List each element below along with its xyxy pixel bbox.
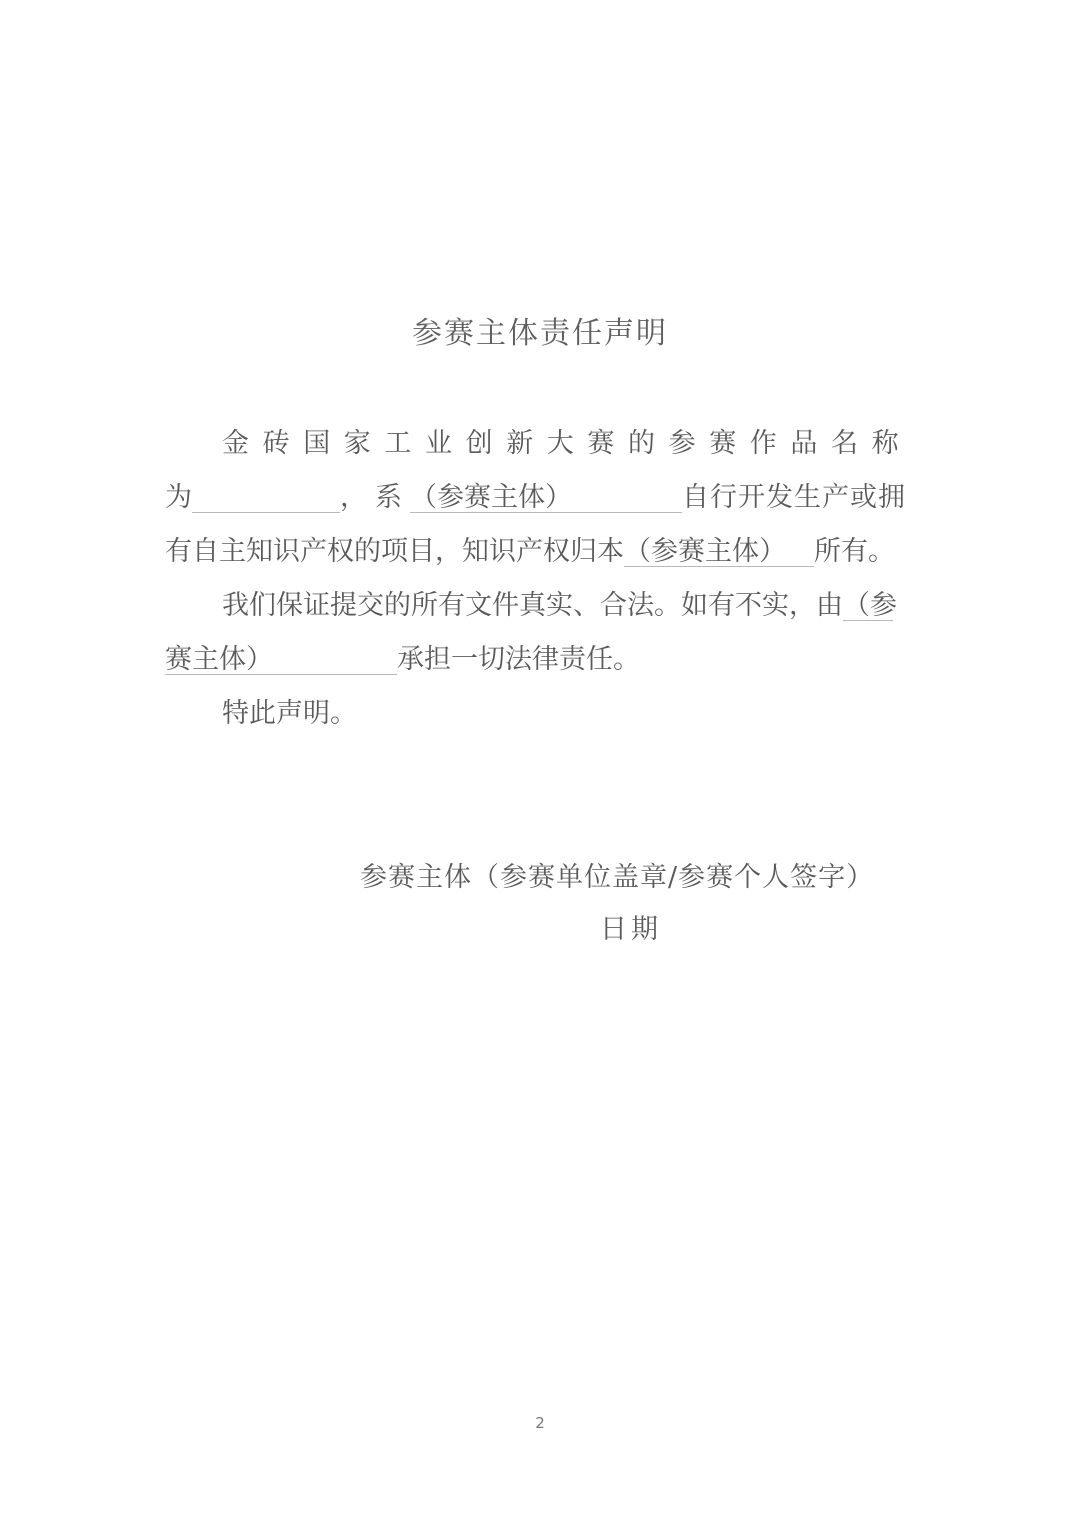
entity-blank-3-start-label: （参 bbox=[843, 590, 897, 621]
entity-blank-2: （参赛主体） bbox=[624, 532, 814, 567]
entity-blank-3-start: （参 bbox=[843, 586, 893, 621]
entity-blank-1: （参赛主体） bbox=[410, 478, 682, 513]
paragraph1-line2-prefix: 为 bbox=[165, 482, 192, 513]
entity-blank-2-label: （参赛主体） bbox=[624, 536, 786, 567]
paragraph2-line1: 我们保证提交的所有文件真实、合法。如有不实，由（参 bbox=[222, 586, 893, 626]
paragraph1-line2-comma: ，系 bbox=[340, 482, 410, 513]
entity-blank-3-end-label: 赛主体） bbox=[165, 644, 273, 675]
closing-statement: 特此声明。 bbox=[222, 694, 357, 734]
paragraph1-line3: 有自主知识产权的项目，知识产权归本（参赛主体）所有。 bbox=[165, 532, 895, 572]
paragraph1-line2-suffix: 自行开发生产或拥 bbox=[682, 482, 906, 513]
document-page: 参赛主体责任声明 金砖国家工业创新大赛的参赛作品名称 为，系（参赛主体）自行开发… bbox=[0, 0, 1080, 1514]
work-name-blank bbox=[192, 478, 340, 513]
paragraph1-line1: 金砖国家工业创新大赛的参赛作品名称 bbox=[222, 424, 912, 464]
entity-blank-3-end: 赛主体） bbox=[165, 640, 397, 675]
paragraph1-line3-prefix: 有自主知识产权的项目，知识产权归本 bbox=[165, 536, 624, 567]
signature-date-label: 日期 bbox=[600, 910, 662, 950]
paragraph2-line2: 赛主体）承担一切法律责任。 bbox=[165, 640, 640, 680]
paragraph1-line2: 为，系（参赛主体）自行开发生产或拥 bbox=[165, 478, 906, 518]
paragraph1-line3-suffix: 所有。 bbox=[814, 536, 895, 567]
signature-entity-label: 参赛主体（参赛单位盖章/参赛个人签字） bbox=[360, 858, 874, 898]
entity-blank-1-label: （参赛主体） bbox=[410, 482, 572, 513]
paragraph2-line2-suffix: 承担一切法律责任。 bbox=[397, 644, 640, 675]
page-number: 2 bbox=[0, 1414, 1080, 1432]
paragraph2-line1-prefix: 我们保证提交的所有文件真实、合法。如有不实，由 bbox=[222, 590, 843, 621]
document-title: 参赛主体责任声明 bbox=[0, 312, 1080, 356]
